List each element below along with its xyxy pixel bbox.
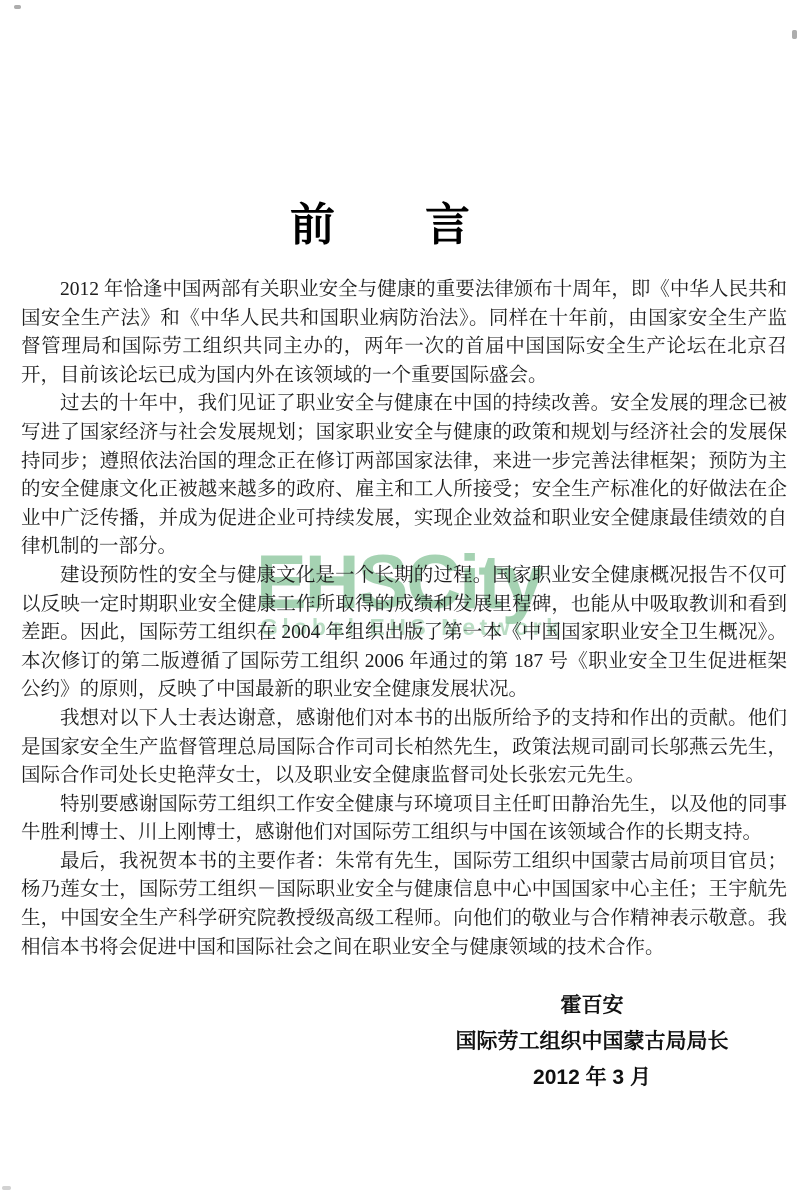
page-title: 前 言 bbox=[0, 188, 760, 253]
signature-title: 国际劳工组织中国蒙古局局长 bbox=[441, 1024, 743, 1060]
preface-paragraph-1: 2012 年恰逢中国两部有关职业安全与健康的重要法律颁布十周年，即《中华人民共和… bbox=[21, 276, 787, 390]
signature-date: 2012 年 3 月 bbox=[441, 1060, 743, 1096]
preface-paragraph-4: 我想对以下人士表达谢意，感谢他们对本书的出版所给予的支持和作出的贡献。他们是国家… bbox=[21, 705, 787, 791]
preface-body: 2012 年恰逢中国两部有关职业安全与健康的重要法律颁布十周年，即《中华人民共和… bbox=[21, 276, 787, 962]
preface-paragraph-2: 过去的十年中，我们见证了职业安全与健康在中国的持续改善。安全发展的理念已被写进了… bbox=[21, 390, 787, 562]
preface-paragraph-6: 最后，我祝贺本书的主要作者：朱常有先生，国际劳工组织中国蒙古局前项目官员；杨乃莲… bbox=[21, 848, 787, 962]
scanned-preface-page: 前 言 EHSCity Global EHS Network 2012 年恰逢中… bbox=[0, 0, 800, 1198]
scan-artifact bbox=[2, 1186, 11, 1190]
scan-artifact bbox=[14, 5, 21, 9]
preface-paragraph-3: 建设预防性的安全与健康文化是一个长期的过程。国家职业安全健康概况报告不仅可以反映… bbox=[21, 562, 787, 705]
preface-paragraph-5: 特别要感谢国际劳工组织工作安全健康与环境项目主任町田静治先生，以及他的同事牛胜利… bbox=[21, 791, 787, 848]
scan-artifact bbox=[792, 30, 797, 39]
signature-name: 霍百安 bbox=[441, 988, 743, 1024]
signature-block: 霍百安 国际劳工组织中国蒙古局局长 2012 年 3 月 bbox=[441, 988, 743, 1096]
